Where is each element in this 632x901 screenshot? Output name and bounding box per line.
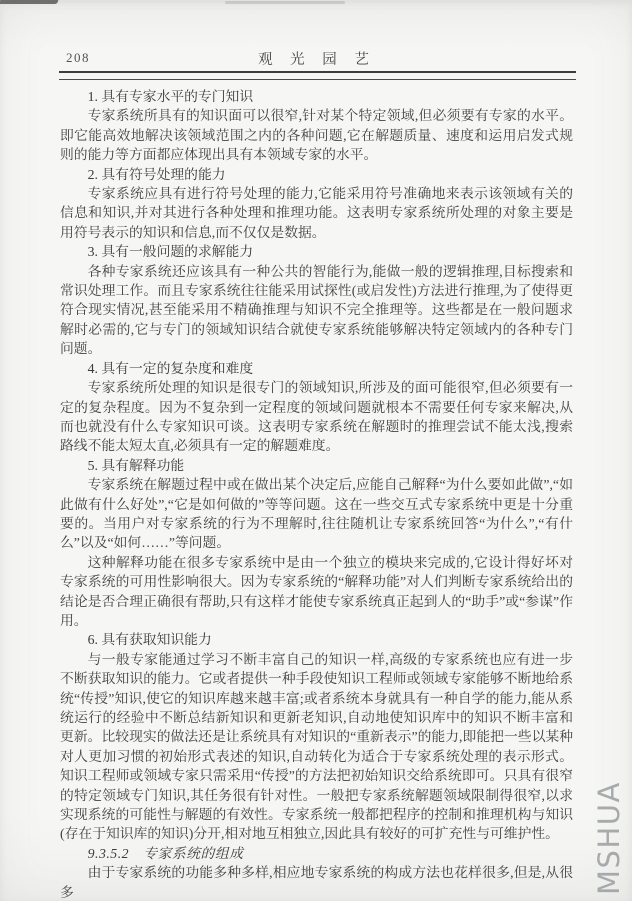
- paragraph: 各种专家系统还应该具有一种公共的智能行为,能做一般的逻辑推理,目标搜索和常识处理…: [60, 262, 573, 359]
- scan-artifact: [0, 0, 58, 4]
- paragraph: 专家系统在解题过程中或在做出某个决定后,应能自己解释“为什么要如此做”,“如此做…: [60, 475, 573, 553]
- item-heading-1: 1. 具有专家水平的专门知识: [60, 87, 573, 106]
- watermark-text: MSHUA: [592, 779, 628, 895]
- scanned-book-page: 208 观 光 园 艺 1. 具有专家水平的专门知识 专家系统所具有的知识面可以…: [0, 0, 632, 901]
- paragraph: 专家系统所处理的知识是很专门的领域知识,所涉及的面可能很窄,但必须要有一定的复杂…: [60, 378, 573, 456]
- item-heading-3: 3. 具有一般问题的求解能力: [60, 242, 573, 261]
- item-heading-5: 5. 具有解释功能: [60, 456, 573, 475]
- paragraph: 由于专家系统的功能多种多样,相应地专家系统的构成方法也花样很多,但是,从很多: [60, 863, 573, 901]
- item-heading-4: 4. 具有一定的复杂度和难度: [60, 359, 573, 378]
- paragraph: 专家系统应具有进行符号处理的能力,它能采用符号准确地来表示该领域有关的信息和知识…: [60, 184, 573, 242]
- page-body: 1. 具有专家水平的专门知识 专家系统所具有的知识面可以很窄,针对某个特定领域,…: [60, 87, 573, 901]
- header-title: 观 光 园 艺: [60, 48, 574, 69]
- running-head: 208 观 光 园 艺: [60, 48, 574, 68]
- scan-artifact: [225, 1, 345, 4]
- paragraph: 与一般专家能通过学习不断丰富自己的知识一样,高级的专家系统也应有进一步不断获取知…: [60, 650, 573, 844]
- paragraph: 这种解释功能在很多专家系统中是由一个独立的模块来完成的,它设计得好坏对专家系统的…: [60, 553, 573, 631]
- item-heading-2: 2. 具有符号处理的能力: [60, 165, 573, 184]
- section-heading: 9.3.5.2 专家系统的组成: [60, 844, 573, 863]
- paragraph: 专家系统所具有的知识面可以很窄,针对某个特定领域,但必须要有专家的水平。即它能高…: [60, 106, 573, 164]
- header-rule: [59, 71, 576, 80]
- item-heading-6: 6. 具有获取知识能力: [60, 630, 573, 649]
